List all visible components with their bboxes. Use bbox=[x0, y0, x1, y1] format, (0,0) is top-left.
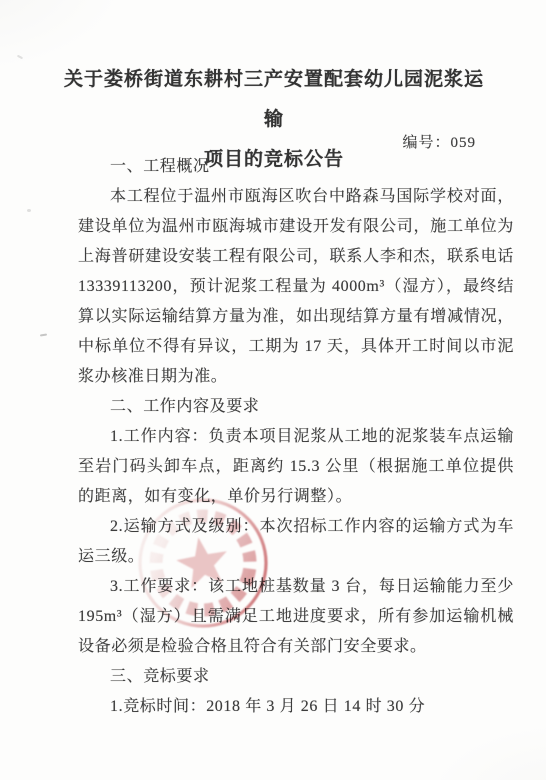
document-body: 一、工程概况 本工程位于温州市瓯海区吹台中路森马国际学校对面，建设单位为温州市瓯… bbox=[78, 152, 514, 722]
section-2-paragraph-3: 3.工作要求：该工地桩基数量 3 台，每日运输能力至少195m³（湿方）且需满足… bbox=[78, 572, 514, 662]
document-title-line-1: 关于娄桥街道东耕村三产安置配套幼儿园泥浆运输 bbox=[56, 60, 492, 140]
section-3-paragraph-1: 1.竞标时间：2018 年 3 月 26 日 14 时 30 分 bbox=[78, 692, 514, 722]
scan-speck bbox=[17, 55, 23, 60]
section-2-heading: 二、工作内容及要求 bbox=[78, 392, 514, 422]
section-2-paragraph-2: 2.运输方式及级别：本次招标工作内容的运输方式为车运三级。 bbox=[78, 512, 514, 572]
scan-speck bbox=[27, 209, 31, 212]
document-number: 编号：059 bbox=[56, 131, 476, 152]
section-3-heading: 三、竞标要求 bbox=[78, 662, 514, 692]
section-2-paragraph-1: 1.工作内容：负责本项目泥浆从工地的泥浆装车点运输至岩门码头卸车点，距离约 15… bbox=[78, 422, 514, 512]
section-1-paragraph-1: 本工程位于温州市瓯海区吹台中路森马国际学校对面，建设单位为温州市瓯海城市建设开发… bbox=[78, 182, 514, 392]
document-page: 关于娄桥街道东耕村三产安置配套幼儿园泥浆运输 项目的竞标公告 编号：059 一、… bbox=[0, 0, 546, 780]
section-1-heading: 一、工程概况 bbox=[78, 152, 514, 182]
scan-speck bbox=[40, 334, 47, 337]
